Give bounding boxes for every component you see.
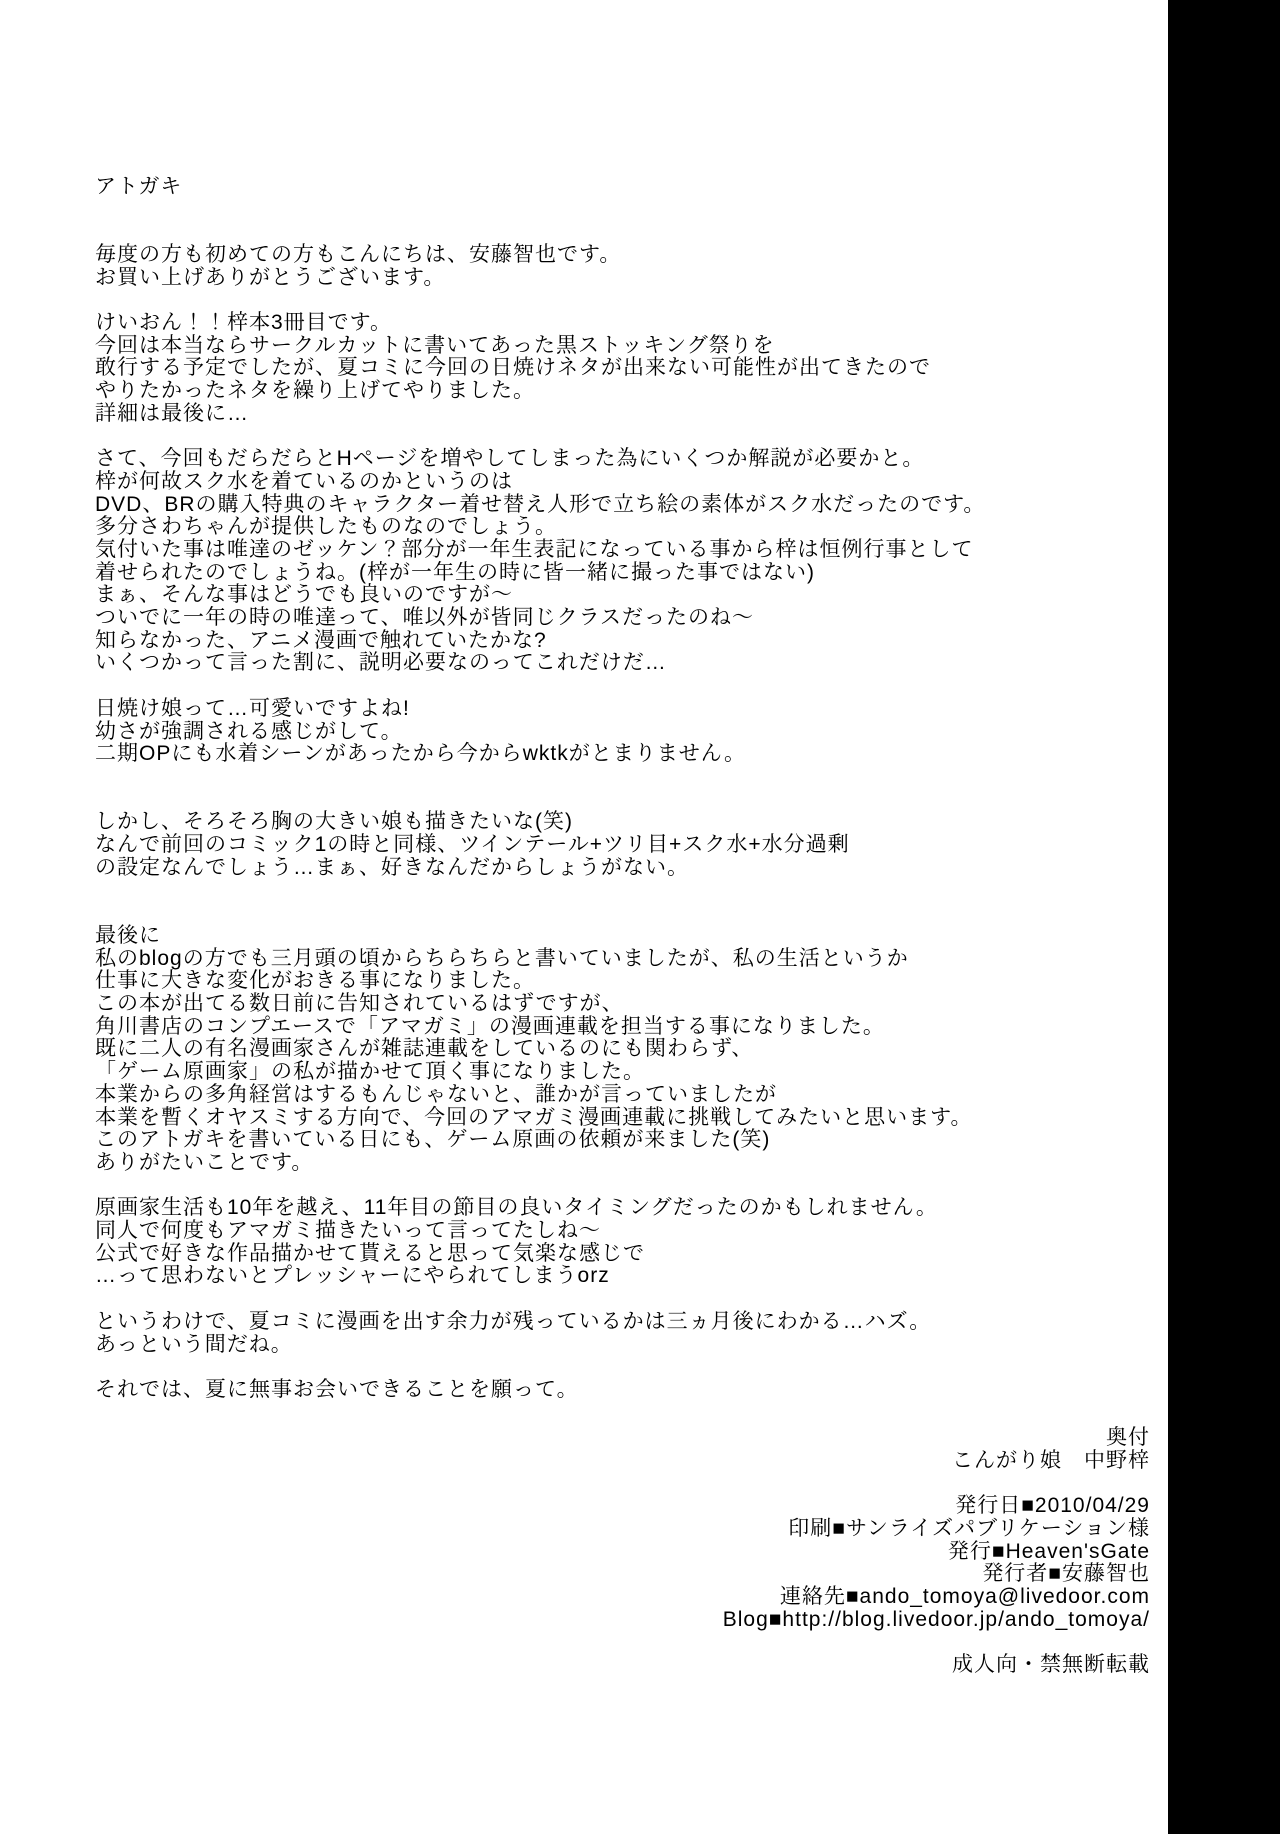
afterword-body: 毎度の方も初めての方もこんにちは、安藤智也です。 お買い上げありがとうございます… (95, 244, 1135, 1402)
colophon-printer: 印刷■サンライズパブリケーション様 (723, 1518, 1150, 1541)
colophon-publish-date: 発行日■2010/04/29 (723, 1495, 1150, 1518)
colophon-contact: 連絡先■ando_tomoya@livedoor.com (723, 1586, 1150, 1609)
adult-notice: 成人向・禁無断転載 (723, 1654, 1150, 1677)
colophon-details: 発行日■2010/04/29 印刷■サンライズパブリケーション様 発行■Heav… (723, 1495, 1150, 1631)
colophon-blog: Blog■http://blog.livedoor.jp/ando_tomoya… (723, 1609, 1150, 1632)
colophon-section: 奥付 こんがり娘 中野梓 発行日■2010/04/29 印刷■サンライズパブリケ… (723, 1427, 1150, 1677)
afterword-section: アトガキ 毎度の方も初めての方もこんにちは、安藤智也です。 お買い上げありがとう… (95, 153, 1135, 1424)
colophon-author: 発行者■安藤智也 (723, 1563, 1150, 1586)
afterword-title: アトガキ (95, 176, 1135, 199)
scan-black-bar (1168, 0, 1280, 1834)
colophon-book-title: こんがり娘 中野梓 (723, 1450, 1150, 1473)
colophon-publisher: 発行■Heaven'sGate (723, 1541, 1150, 1564)
afterword-page: アトガキ 毎度の方も初めての方もこんにちは、安藤智也です。 お買い上げありがとう… (0, 0, 1280, 1834)
colophon-label: 奥付 (723, 1427, 1150, 1450)
